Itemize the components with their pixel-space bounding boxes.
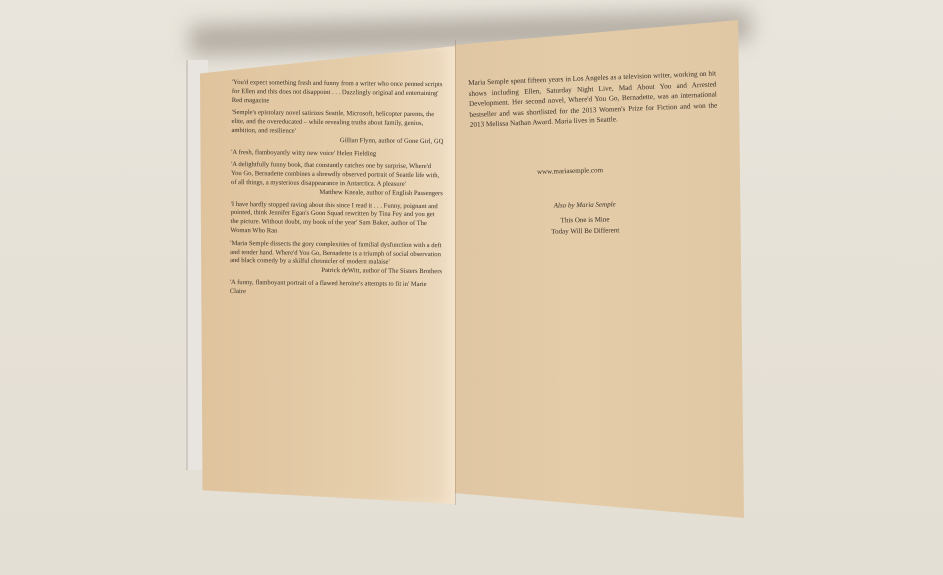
- quote-attribution: Gillian Flynn, author of Gone Girl, GQ: [231, 136, 443, 147]
- review-quote: 'Maria Semple dissects the gory complexi…: [230, 240, 442, 277]
- also-by-title: Today Will Be Different: [515, 225, 655, 239]
- review-quote: 'A funny, flamboyant portrait of a flawe…: [230, 279, 442, 299]
- review-quote: 'You'd expect something fresh and funny …: [232, 79, 444, 108]
- also-by-section: Also by Maria Semple This One is Mine To…: [515, 199, 656, 239]
- quote-attribution: Patrick deWitt, author of The Sisters Br…: [230, 266, 442, 277]
- review-quote: 'Semple's epistolary novel satirizes Sea…: [231, 109, 443, 146]
- review-quote: 'A delightfully funny book, that constan…: [231, 161, 443, 198]
- author-website: www.mariasemple.com: [537, 166, 603, 176]
- book-gutter: [455, 40, 456, 505]
- quote-attribution: Matthew Kneale, author of English Passen…: [231, 188, 443, 199]
- also-by-heading: Also by Maria Semple: [515, 199, 655, 213]
- review-quote: 'I have hardly stopped raving about this…: [230, 201, 442, 238]
- review-quotes: 'You'd expect something fresh and funny …: [230, 79, 444, 303]
- review-quote: 'A fresh, flamboyantly witty new voice' …: [231, 149, 443, 160]
- left-page: 'You'd expect something fresh and funny …: [200, 46, 455, 504]
- right-page: Maria Semple spent fifteen years in Los …: [455, 20, 744, 518]
- quote-attribution: Red magazine: [232, 97, 270, 104]
- author-bio: Maria Semple spent fifteen years in Los …: [468, 68, 718, 130]
- book-photo: 'You'd expect something fresh and funny …: [0, 0, 943, 575]
- quote-attribution: Helen Fielding: [337, 150, 376, 157]
